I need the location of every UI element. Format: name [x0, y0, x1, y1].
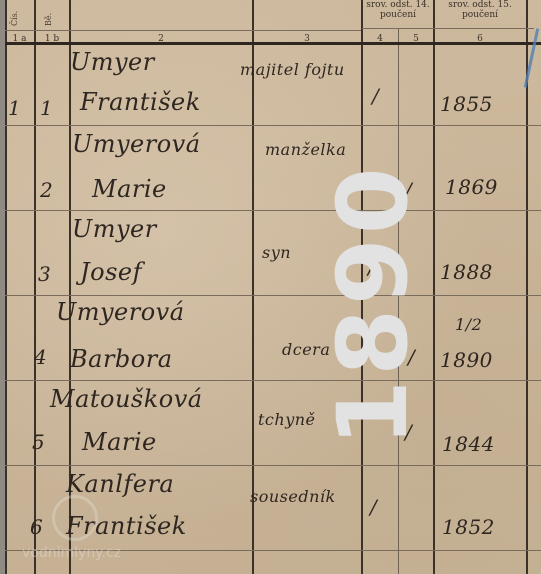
header-subdivider: [362, 28, 534, 29]
row5-surname: Matoušková: [50, 385, 203, 413]
grid-line-left-border: [5, 0, 7, 574]
row1-col-4: /: [372, 84, 379, 108]
row2-given-name: Marie: [92, 175, 167, 203]
column-number-6: 6: [434, 34, 526, 44]
row3-relation: syn: [262, 243, 291, 262]
column-number-4: 4: [362, 34, 398, 44]
row6-relation: sousedník: [250, 487, 336, 506]
row1-relation: majitel fojtu: [240, 52, 358, 88]
row-divider-5: [5, 465, 541, 466]
year-overlay-stamp: 1890: [325, 155, 435, 455]
column-number-2: 2: [70, 34, 252, 44]
row6-year: 1852: [442, 515, 495, 539]
row3-col-1b: 3: [38, 262, 51, 286]
row4-surname: Umyerová: [56, 298, 185, 326]
row1-col-1b: 1: [40, 96, 53, 120]
row5-year: 1844: [442, 432, 495, 456]
row2-surname: Umyerová: [72, 130, 201, 158]
watermark-gear-icon: [52, 495, 98, 541]
row1-year: 1855: [440, 92, 493, 116]
row4-year: 1890: [440, 348, 493, 372]
row6-surname: Kanlfera: [66, 470, 174, 498]
header-group-6: srov. odst. 15. poučení: [435, 0, 525, 20]
row-divider-2: [5, 210, 541, 211]
column-number-1b: 1 b: [35, 34, 69, 44]
row5-relation: tchyně: [258, 410, 316, 429]
row-divider-1: [5, 125, 541, 126]
row5-col-1b: 5: [32, 430, 45, 454]
column-number-5: 5: [399, 34, 433, 44]
row3-given-name: Josef: [80, 258, 142, 286]
row6-col-4: /: [370, 495, 377, 519]
row2-year: 1869: [445, 175, 498, 199]
row6-col-1b: 6: [30, 515, 43, 539]
row4-note: 1/2: [455, 315, 482, 334]
column-number-1a: 1 a: [5, 34, 34, 44]
row4-given-name: Barbora: [70, 345, 173, 373]
row-divider-3: [5, 295, 541, 296]
header-subdivider-left: [5, 30, 361, 31]
row-divider-4: [5, 380, 541, 381]
row2-col-1b: 2: [40, 178, 53, 202]
row3-year: 1888: [440, 260, 493, 284]
header-col-1b-label: Bě.: [44, 13, 53, 26]
row5-given-name: Marie: [82, 428, 157, 456]
header-col-1a-label: Čís.: [10, 11, 19, 26]
grid-line-1a-1b: [34, 0, 36, 574]
row3-surname: Umyer: [72, 215, 157, 243]
row1-col-1a: 1: [8, 96, 21, 120]
column-number-3: 3: [253, 34, 361, 44]
watermark-text: vodnimlyny.cz: [22, 545, 121, 561]
header-group-4-5: srov. odst. 14. poučení: [363, 0, 433, 20]
row1-given-name: František: [80, 88, 201, 116]
row4-col-1b: 4: [34, 345, 47, 369]
row1-surname: Umyer: [70, 48, 155, 76]
